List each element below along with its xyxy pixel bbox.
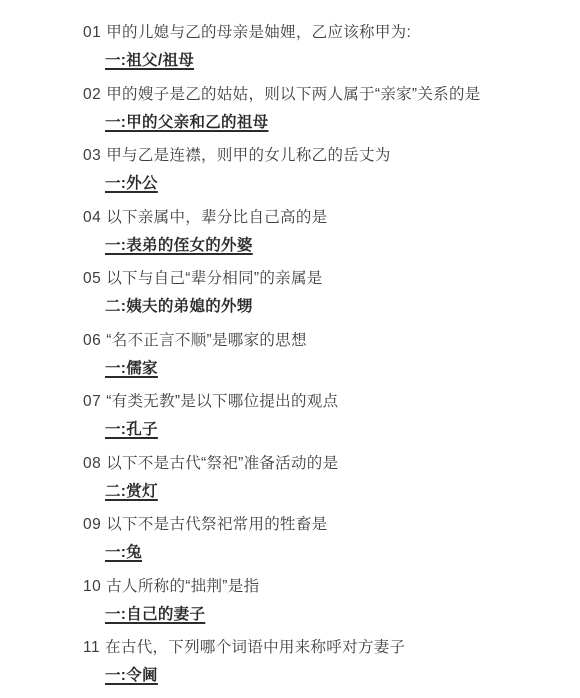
- quiz-list: 01甲的儿媳与乙的母亲是妯娌，乙应该称甲为: 一:祖父/祖母 02甲的嫂子是乙的…: [0, 0, 580, 687]
- question-text: “有类无教”是以下哪位提出的观点: [106, 393, 338, 410]
- question-number: 11: [83, 637, 100, 659]
- question-number: 01: [83, 22, 101, 44]
- question-text: 以下与自己“辈分相同”的亲属是: [106, 270, 322, 287]
- answer-line: 一:令阃: [83, 665, 550, 687]
- question-line: 07“有类无教”是以下哪位提出的观点: [83, 391, 550, 413]
- question-line: 02甲的嫂子是乙的姑姑，则以下两人属于“亲家”关系的是: [83, 84, 550, 106]
- question-number: 08: [83, 453, 101, 475]
- answer-line: 一:表弟的侄女的外婆: [83, 235, 550, 257]
- question-number: 09: [83, 514, 101, 536]
- question-text: 以下亲属中，辈分比自己高的是: [106, 209, 327, 226]
- question-line: 09以下不是古代祭祀常用的牲畜是: [83, 514, 550, 536]
- quiz-item: 09以下不是古代祭祀常用的牲畜是 一:兔: [83, 514, 550, 564]
- question-number: 03: [83, 145, 101, 167]
- quiz-item: 05以下与自己“辈分相同”的亲属是 二:姨夫的弟媳的外甥: [83, 268, 550, 318]
- answer-line: 一:儒家: [83, 358, 550, 380]
- question-number: 07: [83, 391, 101, 413]
- question-text: 以下不是古代“祭祀”准备活动的是: [106, 455, 338, 472]
- question-number: 10: [83, 576, 101, 598]
- quiz-item: 01甲的儿媳与乙的母亲是妯娌，乙应该称甲为: 一:祖父/祖母: [83, 22, 550, 72]
- answer-line: 一:孔子: [83, 419, 550, 441]
- question-line: 06“名不正言不顺”是哪家的思想: [83, 330, 550, 352]
- quiz-item: 08以下不是古代“祭祀”准备活动的是 二:赏灯: [83, 453, 550, 503]
- question-text: “名不正言不顺”是哪家的思想: [106, 332, 307, 349]
- question-text: 在古代，下列哪个词语中用来称呼对方妻子: [105, 639, 405, 656]
- quiz-item: 07“有类无教”是以下哪位提出的观点 一:孔子: [83, 391, 550, 441]
- quiz-item: 06“名不正言不顺”是哪家的思想 一:儒家: [83, 330, 550, 380]
- question-line: 04以下亲属中，辈分比自己高的是: [83, 207, 550, 229]
- question-line: 01甲的儿媳与乙的母亲是妯娌，乙应该称甲为:: [83, 22, 550, 44]
- answer-line: 一:自己的妻子: [83, 604, 550, 626]
- answer-line: 二:赏灯: [83, 481, 550, 503]
- question-line: 10古人所称的“拙荆”是指: [83, 576, 550, 598]
- question-text: 甲的儿媳与乙的母亲是妯娌，乙应该称甲为:: [106, 24, 411, 41]
- quiz-item: 11在古代，下列哪个词语中用来称呼对方妻子 一:令阃: [83, 637, 550, 687]
- question-number: 02: [83, 84, 101, 106]
- question-number: 04: [83, 207, 101, 229]
- answer-line: 一:兔: [83, 542, 550, 564]
- question-text: 以下不是古代祭祀常用的牲畜是: [106, 516, 327, 533]
- question-line: 03甲与乙是连襟，则甲的女儿称乙的岳丈为: [83, 145, 550, 167]
- quiz-item: 10古人所称的“拙荆”是指 一:自己的妻子: [83, 576, 550, 626]
- question-text: 甲的嫂子是乙的姑姑，则以下两人属于“亲家”关系的是: [106, 86, 480, 103]
- question-line: 05以下与自己“辈分相同”的亲属是: [83, 268, 550, 290]
- quiz-item: 03甲与乙是连襟，则甲的女儿称乙的岳丈为 一:外公: [83, 145, 550, 195]
- answer-line: 一:祖父/祖母: [83, 50, 550, 72]
- question-number: 05: [83, 268, 101, 290]
- answer-line: 一:甲的父亲和乙的祖母: [83, 112, 550, 134]
- quiz-page: 01甲的儿媳与乙的母亲是妯娌，乙应该称甲为: 一:祖父/祖母 02甲的嫂子是乙的…: [0, 0, 580, 698]
- answer-line: 一:外公: [83, 173, 550, 195]
- question-text: 甲与乙是连襟，则甲的女儿称乙的岳丈为: [106, 147, 390, 164]
- question-text: 古人所称的“拙荆”是指: [106, 578, 259, 595]
- quiz-item: 02甲的嫂子是乙的姑姑，则以下两人属于“亲家”关系的是 一:甲的父亲和乙的祖母: [83, 84, 550, 134]
- answer-line: 二:姨夫的弟媳的外甥: [83, 296, 550, 318]
- quiz-item: 04以下亲属中，辈分比自己高的是 一:表弟的侄女的外婆: [83, 207, 550, 257]
- question-number: 06: [83, 330, 101, 352]
- question-line: 08以下不是古代“祭祀”准备活动的是: [83, 453, 550, 475]
- question-line: 11在古代，下列哪个词语中用来称呼对方妻子: [83, 637, 550, 659]
